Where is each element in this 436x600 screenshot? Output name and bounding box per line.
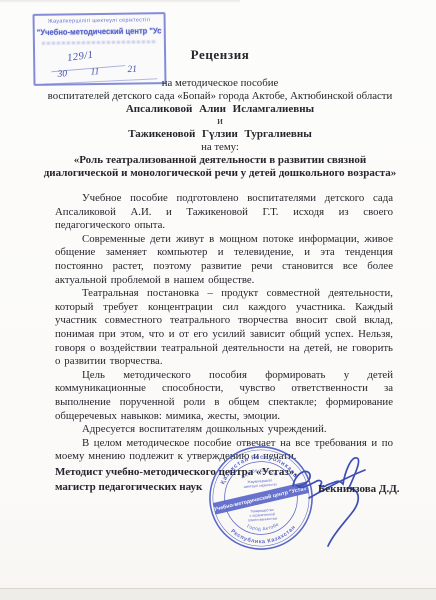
- stamp-org-name: "Учебно-методический центр "Устаз"": [37, 26, 162, 37]
- body-paragraph: Театральная постановка – продукт совмест…: [55, 287, 393, 369]
- body-paragraph: Учебное пособие подготовлено воспитателя…: [55, 192, 393, 233]
- body-paragraph: Современные дети живут в мощном потоке и…: [55, 233, 393, 287]
- seal-arc-bottom-inner: Город Актобе: [246, 521, 280, 532]
- document-header: Рецензия на методическое пособие воспита…: [20, 47, 420, 180]
- svg-text:Город Актобе: Город Актобе: [246, 521, 280, 532]
- author-name-2: Тажикеновой Гүлзии Тургалиевны: [20, 128, 420, 141]
- subtitle-line: воспитателей детского сада «Бопай» город…: [20, 90, 420, 103]
- page-title: Рецензия: [20, 47, 420, 63]
- author-name-1: Апсаликовой Алии Исламгалиевны: [20, 103, 420, 116]
- svg-text:Ақтөбе қаласы: Ақтөбе қаласы: [240, 466, 279, 479]
- seal-center-bottom-line-3: ответственностью: [248, 516, 278, 522]
- signer-name: Бекниязова Д.Д.: [318, 483, 400, 495]
- scan-edge-top: [0, 0, 240, 3]
- body-paragraph: Адресуется воспитателям дошкольных учреж…: [55, 423, 393, 437]
- scan-edge-bottom: [0, 588, 436, 600]
- subtitle-line: на тему:: [20, 141, 420, 154]
- body-paragraph: Цель методического пособия формировать у…: [55, 369, 393, 423]
- signature-scribble: [281, 448, 431, 553]
- review-body: Учебное пособие подготовлено воспитателя…: [55, 192, 393, 464]
- stamp-org-type: Жауапкершілігі шектеулі серіктестігі: [37, 17, 162, 25]
- conjunction: и: [20, 115, 420, 128]
- seal-arc-top-inner: Ақтөбе қаласы: [240, 466, 279, 479]
- theme-line-2: диалогической и монологической речи у де…: [20, 167, 420, 180]
- theme-line-1: «Роль театрализованной деятельности в ра…: [20, 154, 420, 167]
- scanned-review-page: Жауапкершілігі шектеулі серіктестігі "Уч…: [0, 0, 436, 600]
- subtitle-line: на методическое пособие: [20, 77, 420, 90]
